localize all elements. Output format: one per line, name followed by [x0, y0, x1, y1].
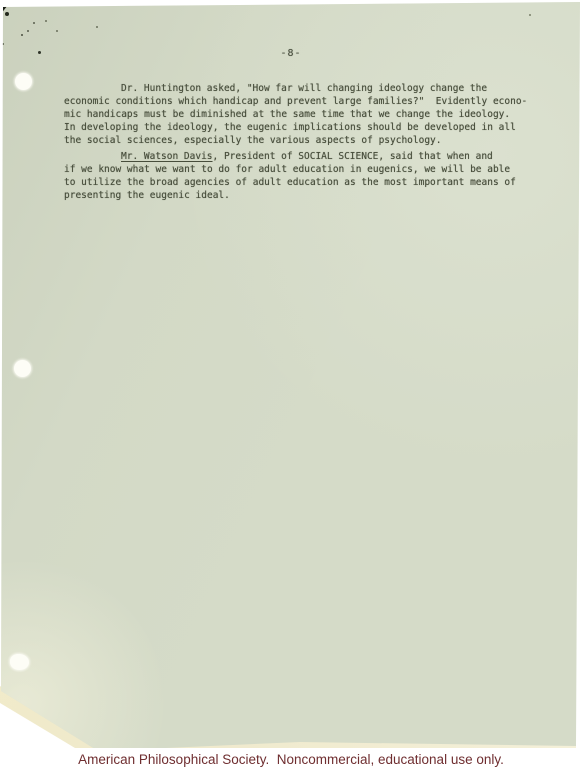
ink-speck: [45, 20, 47, 22]
ink-speck: [56, 30, 58, 32]
ink-speck: [21, 34, 23, 36]
text-line: if we know what we want to do for adult …: [64, 163, 544, 176]
page-number: -8-: [0, 48, 582, 59]
attribution-text: American Philosophical Society. Noncomme…: [0, 752, 582, 767]
text-line: mic handicaps must be diminished at the …: [64, 108, 544, 121]
ink-speck: [33, 22, 35, 24]
scanned-document-page: -8- Dr. Huntington asked, "How far will …: [0, 0, 582, 772]
text-line: presenting the eugenic ideal.: [64, 189, 544, 202]
ink-speck: [27, 30, 29, 32]
text-line: to utilize the broad agencies of adult e…: [64, 176, 544, 189]
ink-speck: [529, 14, 531, 16]
text-line-continuation: , President of SOCIAL SCIENCE, said that…: [213, 151, 493, 162]
underlined-name: Mr. Watson Davis: [121, 151, 213, 162]
paragraph-watson-davis: Mr. Watson Davis, President of SOCIAL SC…: [64, 150, 544, 202]
text-line: Dr. Huntington asked, "How far will chan…: [64, 82, 544, 95]
text-line: Mr. Watson Davis, President of SOCIAL SC…: [64, 150, 544, 163]
ink-speck: [2, 43, 4, 45]
paragraph-huntington: Dr. Huntington asked, "How far will chan…: [64, 82, 544, 147]
typed-body-text: Dr. Huntington asked, "How far will chan…: [64, 82, 544, 202]
text-line: In developing the ideology, the eugenic …: [64, 121, 544, 134]
typed-sheet: -8- Dr. Huntington asked, "How far will …: [0, 0, 582, 772]
ink-speck: [96, 26, 98, 28]
text-line: the social sciences, especially the vari…: [64, 134, 544, 147]
hole-punch-top: [15, 73, 32, 90]
hole-punch-bottom: [10, 654, 29, 670]
ink-speck: [5, 12, 9, 16]
hole-punch-middle: [14, 360, 31, 377]
text-line: economic conditions which handicap and p…: [64, 95, 544, 108]
